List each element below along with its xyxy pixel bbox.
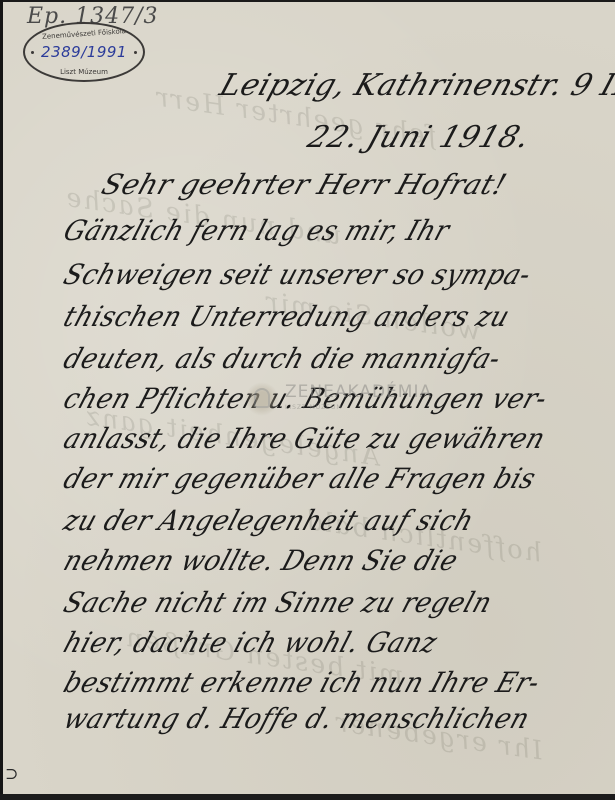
museum-stamp: Zeneművészeti Főiskola 2389/1991 Liszt M… xyxy=(23,22,145,82)
watermark-subtitle: LISZT MÚZEUM xyxy=(285,404,343,411)
letter-line: Gänzlich fern lag es mir, Ihr xyxy=(60,214,454,247)
letter-line: wartung d. Hoffe d. menschlichen xyxy=(60,702,534,735)
stamp-dot-icon xyxy=(134,51,137,54)
zeneakademia-watermark: ZENEAKADÉMIA LISZT MÚZEUM xyxy=(245,382,425,432)
letter-page: ſehr geehrter Herr und nun die Sache wol… xyxy=(3,2,615,794)
stamp-museum: Liszt Múzeum xyxy=(25,68,143,76)
scan-bottom-edge xyxy=(0,794,615,800)
letter-line: Schweigen seit unserer so sympa- xyxy=(60,258,536,291)
letter-place: Leipzig, Kathrinenstr. 9 III xyxy=(215,68,615,103)
letter-line: bestimmt erkenne ich nun Ihre Er- xyxy=(60,666,545,699)
letter-line: thischen Unterredung anders zu xyxy=(60,300,514,333)
letter-line: nehmen wollte. Denn Sie die xyxy=(60,544,463,577)
stamp-inventory-number: 2389/1991 xyxy=(25,43,143,61)
letter-line: zu der Angelegenheit auf sich xyxy=(60,504,479,537)
letter-line: deuten, als durch die mannigfa- xyxy=(60,342,506,375)
letter-salutation: Sehr geehrter Herr Hofrat! xyxy=(98,168,511,201)
edge-mark: ⊃ xyxy=(5,764,18,783)
watermark-title: ZENEAKADÉMIA xyxy=(285,382,432,402)
letter-line: der mir gegenüber alle Fragen bis xyxy=(60,462,541,495)
letter-date: 22. Juni 1918. xyxy=(303,120,534,155)
liszt-emblem-icon xyxy=(245,382,279,416)
letter-line: hier, dachte ich wohl. Ganz xyxy=(60,626,442,659)
letter-line: Sache nicht im Sinne zu regeln xyxy=(60,586,497,619)
